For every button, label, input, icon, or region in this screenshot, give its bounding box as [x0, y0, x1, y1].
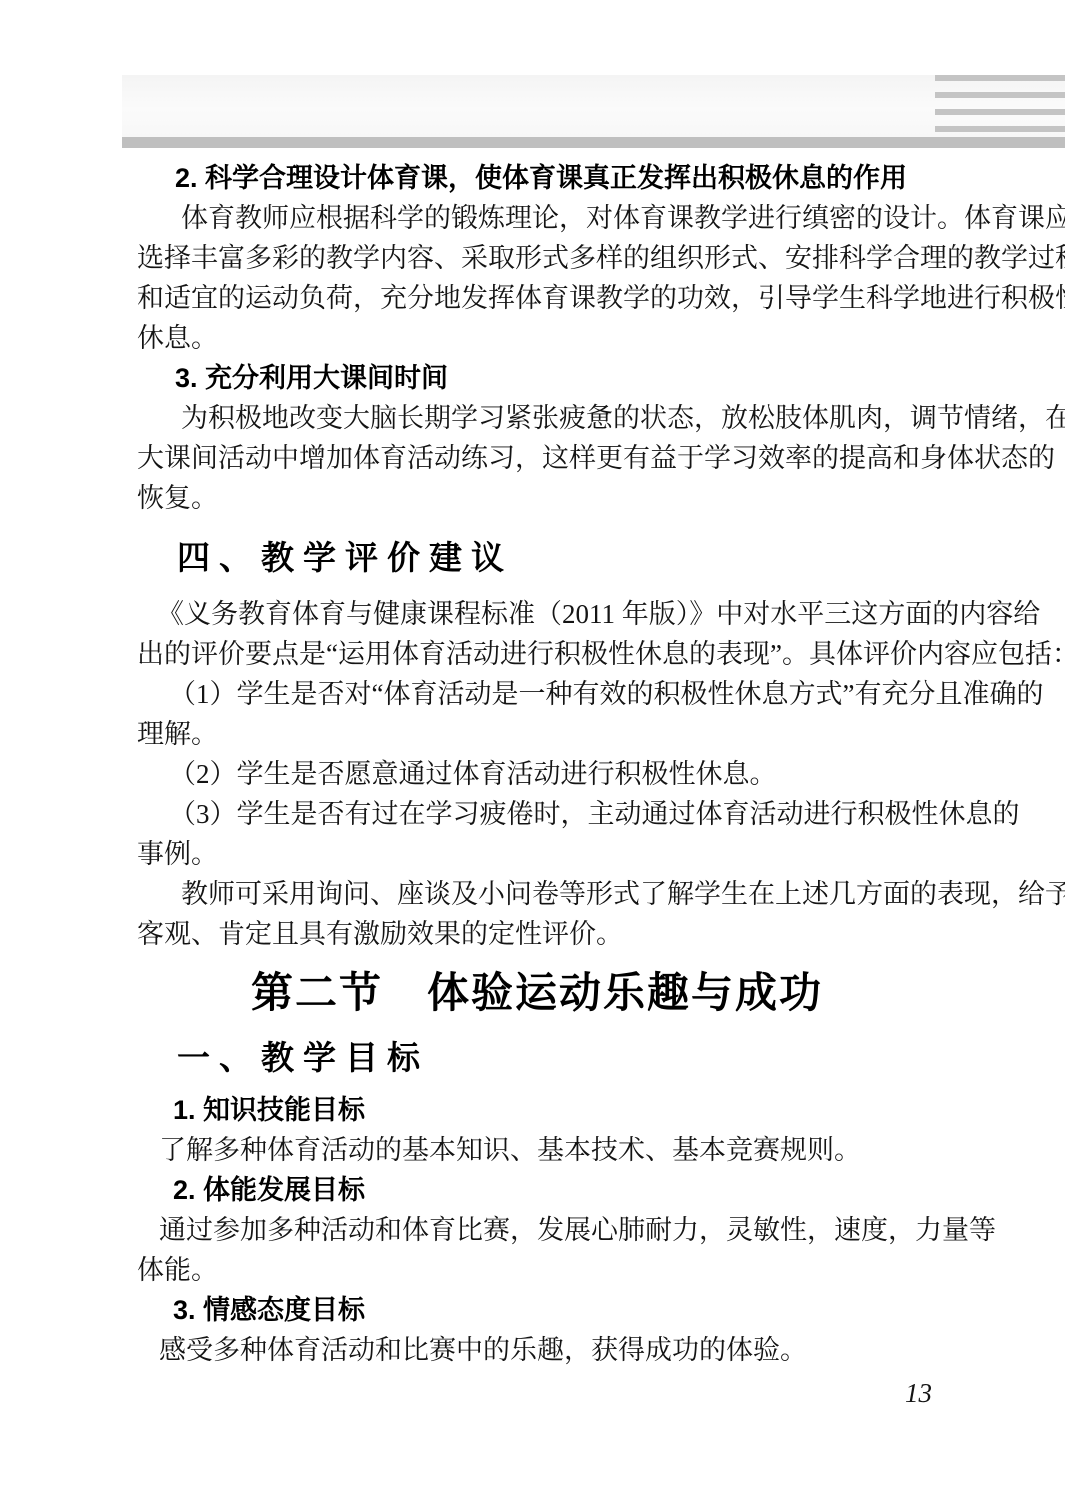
page-content: 2. 科学合理设计体育课，使体育课真正发挥出积极休息的作用 体育教师应根据科学的… [137, 158, 937, 1370]
section-heading-teaching-evaluation: 四、教学评价建议 [137, 532, 937, 584]
paragraph-line: 出的评价要点是“运用体育活动进行积极性休息的表现”。具体评价内容应包括： [137, 634, 937, 674]
paragraph-line: 大课间活动中增加体育活动练习，这样更有益于学习效率的提高和身体状态的 [137, 438, 937, 478]
paragraph-line: 客观、肯定且具有激励效果的定性评价。 [137, 914, 937, 954]
header-stripe-3 [935, 109, 1065, 115]
header-stripe-4 [935, 126, 1065, 132]
paragraph-line: 体育教师应根据科学的锻炼理论，对体育课教学进行缜密的设计。体育课应 [137, 198, 937, 238]
numbered-heading-3: 3. 充分利用大课间时间 [137, 358, 937, 398]
paragraph-line: 恢复。 [137, 478, 937, 518]
section-heading-teaching-objectives: 一、教学目标 [137, 1032, 937, 1084]
paragraph-line: 休息。 [137, 318, 937, 358]
objective-heading-knowledge: 1. 知识技能目标 [137, 1090, 937, 1130]
objective-body-line: 了解多种体育活动的基本知识、基本技术、基本竞赛规则。 [137, 1130, 937, 1170]
list-item-3-line: （3）学生是否有过在学习疲倦时，主动通过体育活动进行积极性休息的 [137, 794, 937, 834]
chapter-section-title: 第二节 体验运动乐趣与成功 [137, 966, 937, 1022]
book-page: 2. 科学合理设计体育课，使体育课真正发挥出积极休息的作用 体育教师应根据科学的… [0, 0, 1065, 1507]
list-item-1-line: （1）学生是否对“体育活动是一种有效的积极性休息方式”有充分且准确的 [137, 674, 937, 714]
header-stripe-2 [935, 92, 1065, 98]
paragraph-line: 选择丰富多彩的教学内容、采取形式多样的组织形式、安排科学合理的教学过程 [137, 238, 937, 278]
list-item-3-line: 事例。 [137, 834, 937, 874]
paragraph-line: 为积极地改变大脑长期学习紧张疲惫的状态，放松肢体肌肉，调节情绪，在 [137, 398, 937, 438]
objective-heading-fitness: 2. 体能发展目标 [137, 1170, 937, 1210]
paragraph-line: 教师可采用询问、座谈及小问卷等形式了解学生在上述几方面的表现，给予 [137, 874, 937, 914]
numbered-heading-2: 2. 科学合理设计体育课，使体育课真正发挥出积极休息的作用 [137, 158, 937, 198]
objective-body-line: 感受多种体育活动和比赛中的乐趣，获得成功的体验。 [137, 1330, 937, 1370]
paragraph-line: 《义务教育体育与健康课程标准（2011 年版）》中对水平三这方面的内容给 [137, 594, 937, 634]
header-gradient-band [122, 75, 1065, 137]
header-stripe-1 [935, 75, 1065, 81]
list-item-1-line: 理解。 [137, 714, 937, 754]
objective-heading-affective: 3. 情感态度目标 [137, 1290, 937, 1330]
objective-body-line: 体能。 [137, 1250, 937, 1290]
objectives-list: 1. 知识技能目标 了解多种体育活动的基本知识、基本技术、基本竞赛规则。 2. … [137, 1090, 937, 1370]
list-item-2-line: （2）学生是否愿意通过体育活动进行积极性休息。 [137, 754, 937, 794]
paragraph-line: 和适宜的运动负荷，充分地发挥体育课教学的功效，引导学生科学地进行积极性 [137, 278, 937, 318]
page-number: 13 [905, 1378, 932, 1409]
header-rule-bar [122, 137, 1065, 148]
objective-body-line: 通过参加多种活动和体育比赛，发展心肺耐力，灵敏性，速度，力量等 [137, 1210, 937, 1250]
